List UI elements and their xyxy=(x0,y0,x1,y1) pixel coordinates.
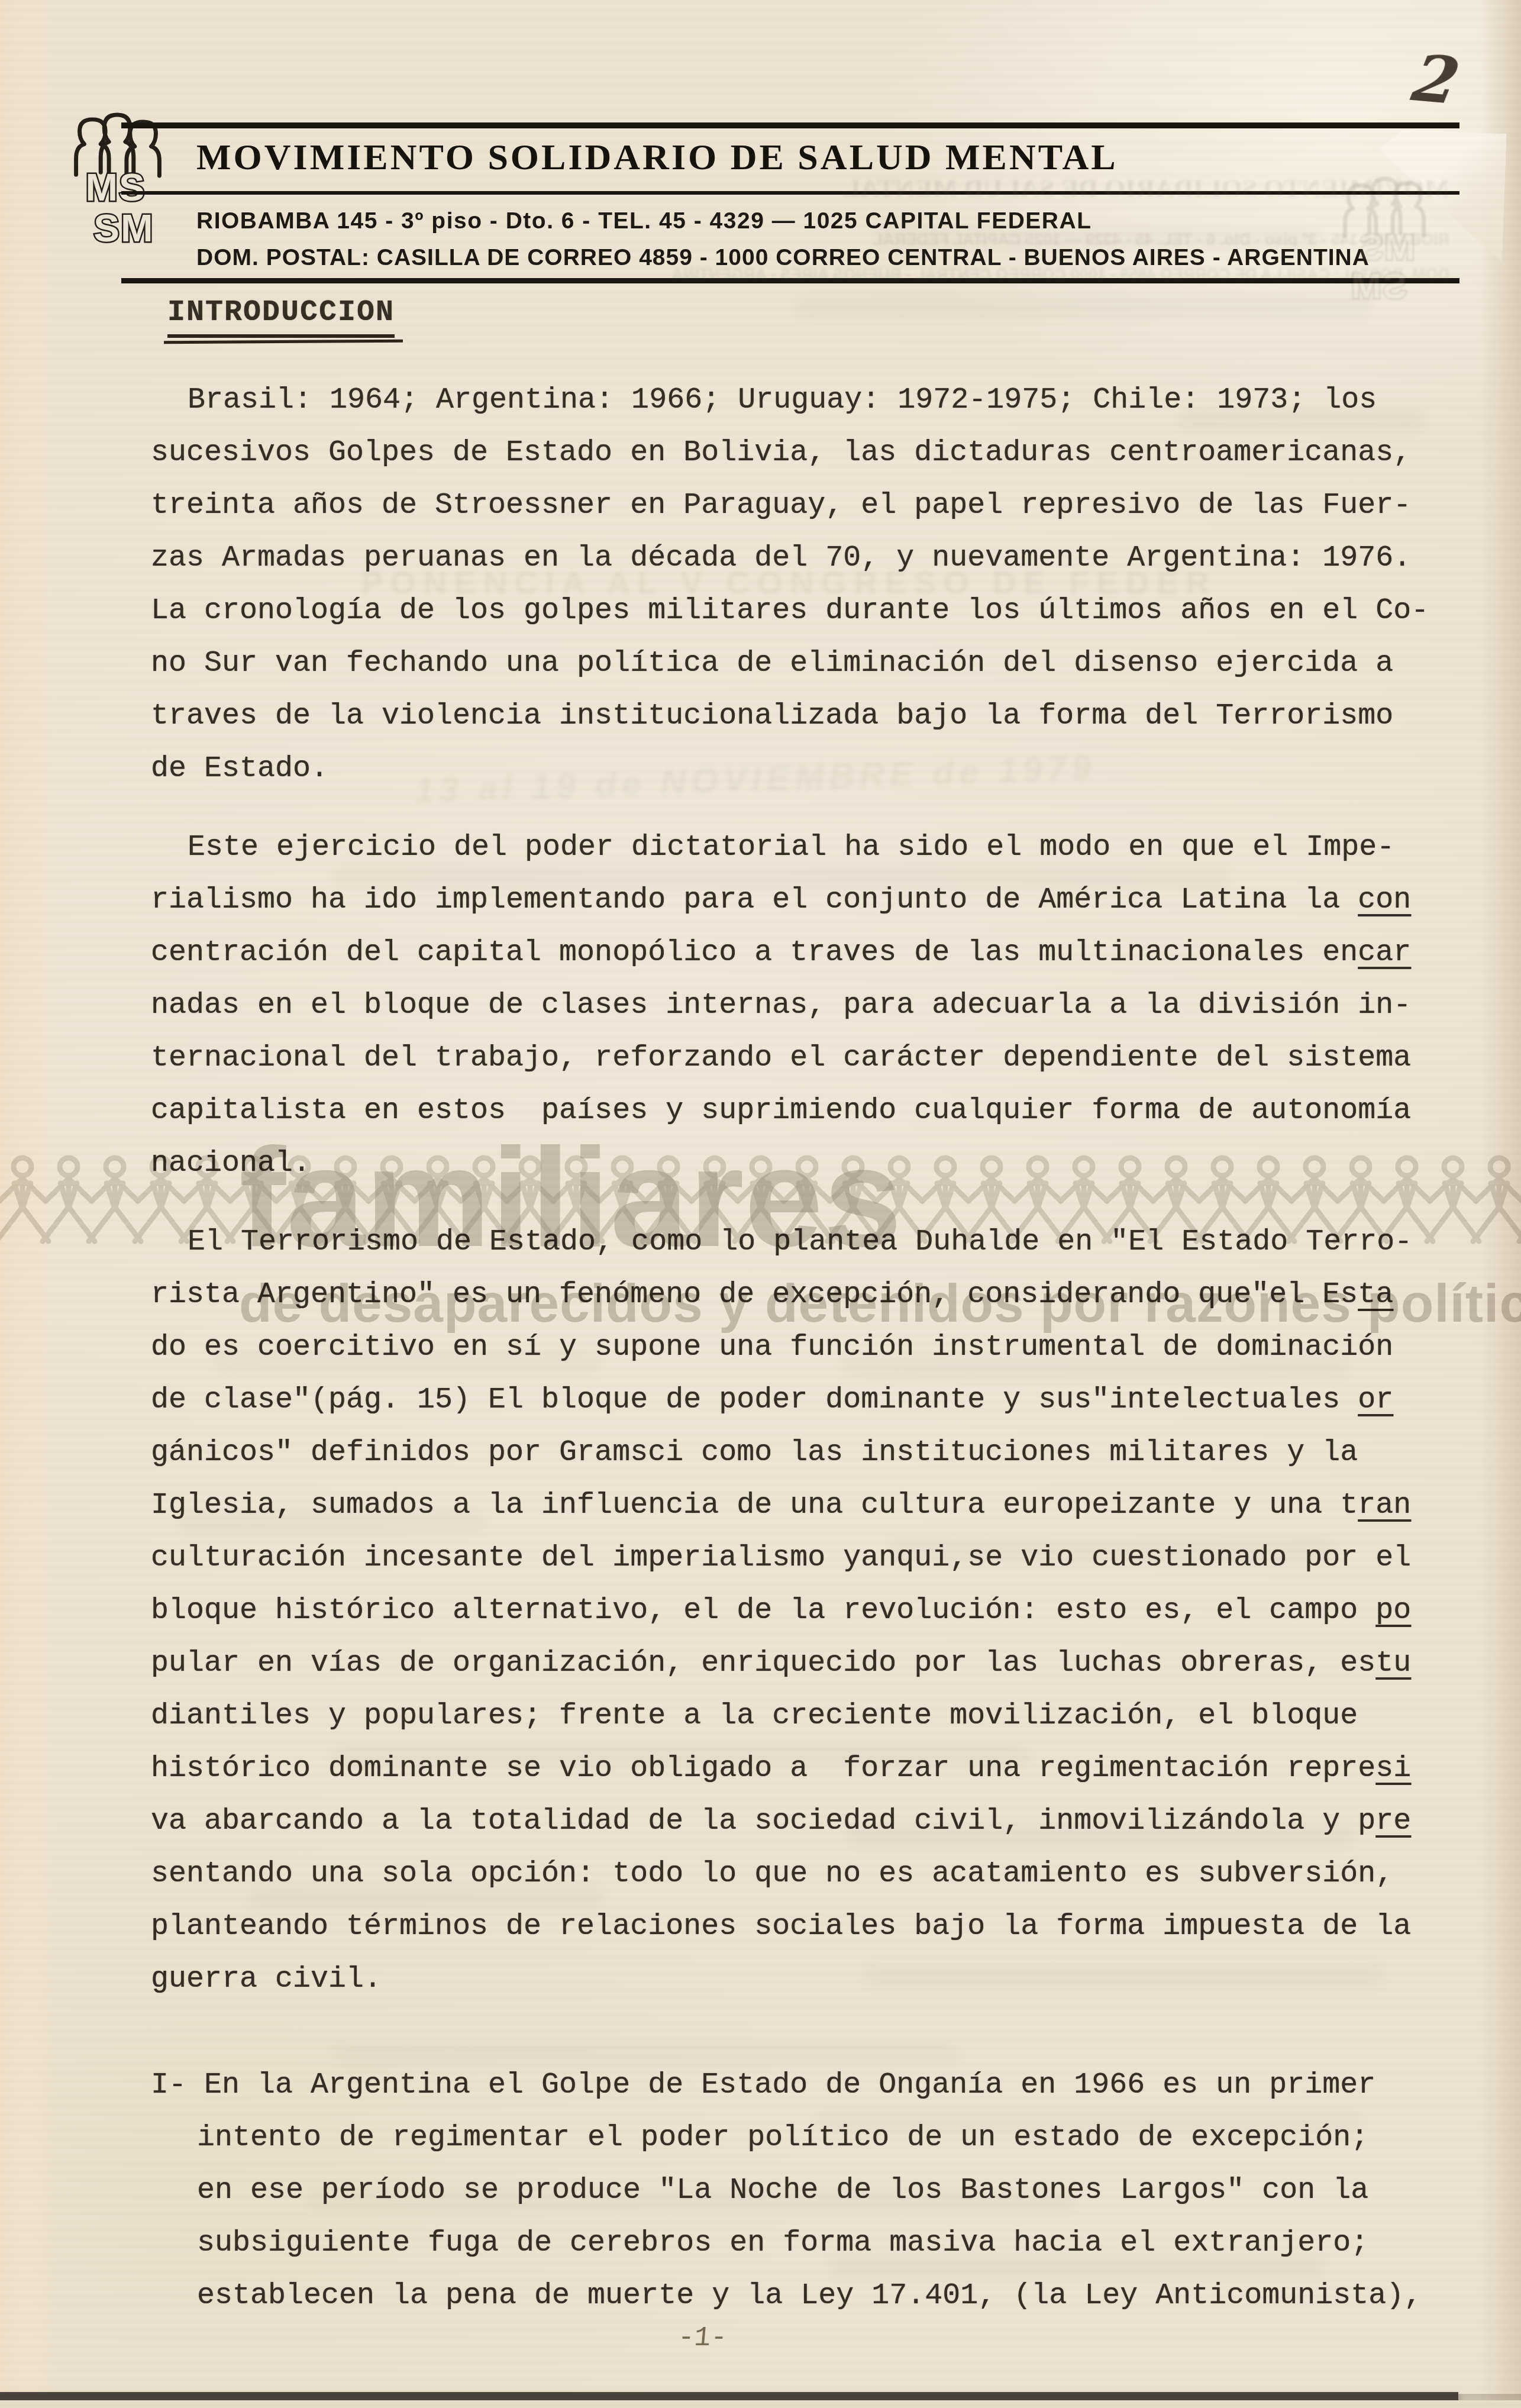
paper-right-edge xyxy=(1480,0,1521,2408)
text-line: diantiles y populares; frente a la creci… xyxy=(151,1690,1452,1742)
text-line: ternacional del trabajo, reforzando el c… xyxy=(151,1032,1452,1084)
paragraph: Este ejercicio del poder dictatorial ha … xyxy=(151,821,1452,1190)
paragraph: I- En la Argentina el Golpe de Estado de… xyxy=(151,2059,1452,2322)
scan-bottom-strip xyxy=(0,2400,1521,2408)
text-line: treinta años de Stroessner en Paraguay, … xyxy=(151,479,1452,532)
text-line: nacional. xyxy=(151,1137,1452,1190)
scan-bottom-edge xyxy=(0,2392,1458,2400)
text-line: va abarcando a la totalidad de la socied… xyxy=(151,1795,1452,1848)
text-line: do es coercitivo en sí y supone una func… xyxy=(151,1321,1452,1374)
handwritten-page-number: 2 xyxy=(1407,41,1465,119)
scanned-document-page: 2 MS SM MOVIMIENTO SOLIDARIO DE SALUD ME… xyxy=(0,0,1521,2408)
text-line: rialismo ha ido implementando para el co… xyxy=(151,874,1452,927)
document-body: INTRODUCCION Brasil: 1964; Argentina: 19… xyxy=(151,296,1452,2348)
text-line: intento de regimentar el poder político … xyxy=(151,2112,1452,2164)
text-line: Iglesia, sumados a la influencia de una … xyxy=(151,1479,1452,1532)
organization-name: MOVIMIENTO SOLIDARIO DE SALUD MENTAL xyxy=(196,137,1118,179)
bleedthrough-logo-icon xyxy=(1341,175,1429,314)
text-line: nadas en el bloque de clases internas, p… xyxy=(151,979,1452,1032)
text-line: gánicos" definidos por Gramsci como las … xyxy=(151,1426,1452,1479)
text-line: culturación incesante del imperialismo y… xyxy=(151,1532,1452,1584)
text-line: pular en vías de organización, enriqueci… xyxy=(151,1637,1452,1690)
paragraph: Brasil: 1964; Argentina: 1966; Uruguay: … xyxy=(151,374,1452,795)
text-line: bloque histórico alternativo, el de la r… xyxy=(151,1584,1452,1637)
text-line: Brasil: 1964; Argentina: 1966; Uruguay: … xyxy=(151,374,1452,427)
logo-monogram-top: MS xyxy=(85,166,146,209)
text-line: planteando términos de relaciones social… xyxy=(151,1900,1452,1953)
section-title: INTRODUCCION xyxy=(167,296,1452,374)
text-line: sucesivos Golpes de Estado en Bolivia, l… xyxy=(151,427,1452,479)
text-line: establecen la pena de muerte y la Ley 17… xyxy=(151,2270,1452,2322)
text-line: sentando una sola opción: todo lo que no… xyxy=(151,1848,1452,1900)
text-line: Este ejercicio del poder dictatorial ha … xyxy=(151,821,1452,874)
text-line: de clase"(pág. 15) El bloque de poder do… xyxy=(151,1374,1452,1426)
paragraph: El Terrorismo de Estado, como lo plantea… xyxy=(151,1216,1452,2006)
section-title-text: INTRODUCCION xyxy=(167,296,395,338)
paper-left-edge xyxy=(0,0,56,2408)
text-line: subsiguiente fuga de cerebros en forma m… xyxy=(151,2217,1452,2270)
text-line: zas Armadas peruanas en la década del 70… xyxy=(151,532,1452,585)
text-line: capitalista en estos países y suprimiend… xyxy=(151,1084,1452,1137)
text-line: I- En la Argentina el Golpe de Estado de… xyxy=(151,2059,1452,2112)
logo-monogram-bottom: SM xyxy=(93,206,154,250)
text-line: histórico dominante se vio obligado a fo… xyxy=(151,1742,1452,1795)
typed-page-number: -1- xyxy=(677,2323,728,2354)
text-line: La cronología de los golpes militares du… xyxy=(151,585,1452,637)
text-line: de Estado. xyxy=(151,743,1452,795)
mssm-logo-icon: MS SM xyxy=(69,111,166,258)
text-line: rista Argentino" es un fenómeno de excep… xyxy=(151,1268,1452,1321)
paragraphs-container: Brasil: 1964; Argentina: 1966; Uruguay: … xyxy=(151,374,1452,2322)
text-line: El Terrorismo de Estado, como lo plantea… xyxy=(151,1216,1452,1268)
text-line: no Sur van fechando una política de elim… xyxy=(151,637,1452,690)
text-line: en ese período se produce "La Noche de l… xyxy=(151,2164,1452,2217)
text-line: centración del capital monopólico a trav… xyxy=(151,927,1452,979)
text-line: guerra civil. xyxy=(151,1953,1452,2006)
text-line: traves de la violencia institucionalizad… xyxy=(151,690,1452,743)
letterhead-rule-top xyxy=(121,122,1459,128)
